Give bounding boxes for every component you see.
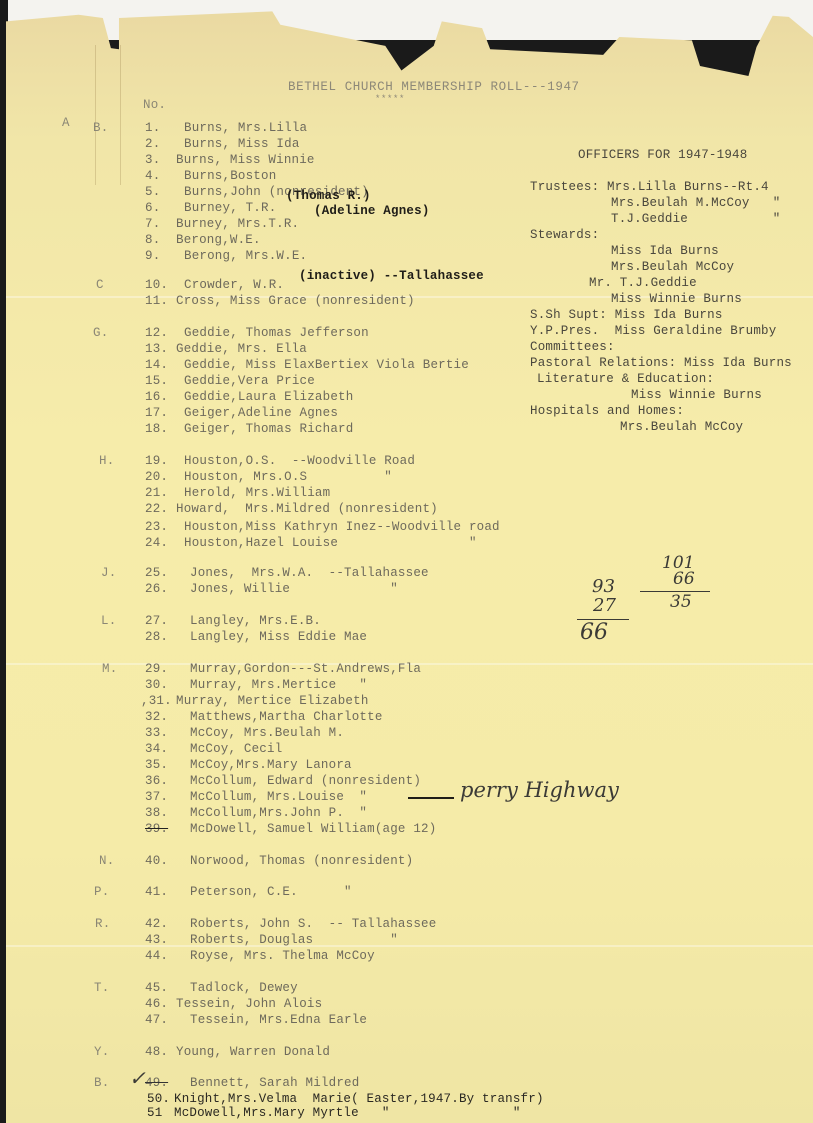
group-letter: J. [101,566,116,580]
member-number: 26. [145,582,168,596]
member-name: Burns, Miss Winnie [176,153,315,167]
member-number: 6. [145,201,160,215]
member-name: Tadlock, Dewey [190,981,298,995]
underline-mark [408,797,454,799]
member-number: 14. [145,358,168,372]
member-name: Jones, Mrs.W.A. --Tallahassee [190,566,429,580]
number-header: No. [143,98,166,112]
member-number: 10. [145,278,168,292]
side-mark: A [62,116,70,130]
member-number: 32. [145,710,168,724]
group-letter: R. [95,917,110,931]
addition-number: 50. [147,1092,170,1106]
member-name: McCollum, Edward (nonresident) [190,774,421,788]
member-number: 8. [145,233,160,247]
member-name: Norwood, Thomas (nonresident) [190,854,413,868]
member-name: Berong, Mrs.W.E. [184,249,307,263]
officer-line: Hospitals and Homes: [530,404,684,418]
member-number: ,31. [141,694,172,708]
member-name: Houston, Mrs.O.S " [184,470,392,484]
member-name: Burns, Mrs.Lilla [184,121,307,135]
officer-line: T.J.Geddie " [611,212,780,226]
member-number: 44. [145,949,168,963]
member-name: Geddie, Thomas Jefferson [184,326,369,340]
member-number: 41. [145,885,168,899]
member-number: 23. [145,520,168,534]
member-number: 18. [145,422,168,436]
member-name: Royse, Mrs. Thelma McCoy [190,949,375,963]
member-number: 19. [145,454,168,468]
member-name: Murray, Mertice Elizabeth [176,694,369,708]
group-letter: H. [99,454,114,468]
member-number: 47. [145,1013,168,1027]
group-letter: B. [94,1076,109,1090]
handwritten-note: perry Highway [460,778,619,802]
member-name: Langley, Mrs.E.B. [190,614,321,628]
crease [120,45,121,185]
officer-line: Miss Ida Burns [611,244,719,258]
member-number: 38. [145,806,168,820]
group-letter: B. [93,121,108,135]
group-letter: Y. [94,1045,109,1059]
member-name: Matthews,Martha Charlotte [190,710,383,724]
member-name: Burns,Boston [184,169,276,183]
member-name: Roberts, Douglas " [190,933,398,947]
officer-line: Y.P.Pres. Miss Geraldine Brumby [530,324,776,338]
group-letter: T. [94,981,109,995]
officer-line: Mrs.Beulah M.McCoy " [611,196,780,210]
officer-line: Mrs.Beulah McCoy [611,260,734,274]
group-letter: L. [101,614,116,628]
member-number: 7. [145,217,160,231]
member-number: 21. [145,486,168,500]
member-number: 11. [145,294,168,308]
member-name: Geddie, Miss ElaxBertiex Viola Bertie [184,358,469,372]
member-name: Geiger,Adeline Agnes [184,406,338,420]
member-name: Berong,W.E. [176,233,261,247]
member-name: McCoy,Mrs.Mary Lanora [190,758,352,772]
officer-line: Mr. T.J.Geddie [589,276,697,290]
member-name: Young, Warren Donald [176,1045,330,1059]
member-name: Geddie,Laura Elizabeth [184,390,353,404]
member-number: 45. [145,981,168,995]
addition-name: McDowell,Mrs.Mary Myrtle " " [174,1106,521,1120]
officer-line: Miss Winnie Burns [611,292,742,306]
member-number: 49. [145,1076,168,1090]
member-number: 29. [145,662,168,676]
fold-line [6,945,813,947]
group-letter: P. [94,885,109,899]
member-name: McCollum, Mrs.Louise " [190,790,367,804]
member-name: McCoy, Mrs.Beulah M. [190,726,344,740]
member-number: 15. [145,374,168,388]
officer-line: Literature & Education: [537,372,714,386]
member-number: 16. [145,390,168,404]
officer-line: S.Sh Supt: Miss Ida Burns [530,308,723,322]
member-name: McCoy, Cecil [190,742,282,756]
member-number: 48. [145,1045,168,1059]
officer-line: Miss Winnie Burns [631,388,762,402]
member-name: Peterson, C.E. " [190,885,352,899]
member-number: 13. [145,342,168,356]
member-name: Bennett, Sarah Mildred [190,1076,359,1090]
member-number: 35. [145,758,168,772]
member-name: Geddie, Mrs. Ella [176,342,307,356]
member-annotation: (Thomas R.) [286,189,371,203]
officer-line: Pastoral Relations: Miss Ida Burns [530,356,792,370]
member-name: Howard, Mrs.Mildred (nonresident) [176,502,438,516]
member-number: 1. [145,121,160,135]
member-number: 43. [145,933,168,947]
member-number: 39. [145,822,168,836]
member-number: 27. [145,614,168,628]
member-number: 42. [145,917,168,931]
officer-line: Committees: [530,340,615,354]
member-name: McCollum,Mrs.John P. " [190,806,367,820]
member-number: 4. [145,169,160,183]
crease [95,45,96,185]
member-number: 30. [145,678,168,692]
officer-line: Trustees: Mrs.Lilla Burns--Rt.4 [530,180,769,194]
member-name: Herold, Mrs.William [184,486,330,500]
addition-name: Knight,Mrs.Velma Marie( Easter,1947.By t… [174,1092,544,1106]
member-name: Houston,Hazel Louise " [184,536,477,550]
member-number: 28. [145,630,168,644]
member-name: Jones, Willie " [190,582,398,596]
member-number: 34. [145,742,168,756]
member-number: 17. [145,406,168,420]
member-annotation: (inactive) --Tallahassee [299,269,484,283]
member-name: Houston,Miss Kathryn Inez--Woodville roa… [184,520,500,534]
member-number: 9. [145,249,160,263]
officer-line: Mrs.Beulah McCoy [620,420,743,434]
member-name: Houston,O.S. --Woodville Road [184,454,415,468]
member-name: Langley, Miss Eddie Mae [190,630,367,644]
group-letter: N. [99,854,114,868]
member-name: Crowder, W.R. [184,278,284,292]
member-number: 3. [145,153,160,167]
officer-line: Stewards: [530,228,599,242]
page-title: BETHEL CHURCH MEMBERSHIP ROLL---1947 [288,80,580,94]
addition-number: 51 [147,1106,162,1120]
checkmark-icon: ✓ [129,1066,146,1090]
officers-heading: OFFICERS FOR 1947-1948 [578,148,747,162]
group-letter: G. [93,326,108,340]
member-number: 36. [145,774,168,788]
member-name: McDowell, Samuel William(age 12) [190,822,436,836]
member-name: Burns, Miss Ida [184,137,300,151]
member-number: 37. [145,790,168,804]
group-letter: M. [102,662,117,676]
member-name: Roberts, John S. -- Tallahassee [190,917,436,931]
member-name: Geiger, Thomas Richard [184,422,353,436]
member-number: 33. [145,726,168,740]
member-number: 25. [145,566,168,580]
member-name: Burney, Mrs.T.R. [176,217,299,231]
group-letter: C [96,278,104,292]
member-number: 24. [145,536,168,550]
member-number: 12. [145,326,168,340]
member-number: 5. [145,185,160,199]
member-name: Tessein, John Alois [176,997,322,1011]
member-name: Burney, T.R. [184,201,276,215]
member-number: 40. [145,854,168,868]
member-annotation: (Adeline Agnes) [314,204,430,218]
member-number: 20. [145,470,168,484]
member-name: Tessein, Mrs.Edna Earle [190,1013,367,1027]
member-number: 46. [145,997,168,1011]
title-ornament: ***** [375,94,405,104]
member-number: 22. [145,502,168,516]
member-name: Murray, Mrs.Mertice " [190,678,367,692]
member-name: Cross, Miss Grace (nonresident) [176,294,415,308]
member-number: 2. [145,137,160,151]
member-name: Geddie,Vera Price [184,374,315,388]
member-name: Murray,Gordon---St.Andrews,Fla [190,662,421,676]
